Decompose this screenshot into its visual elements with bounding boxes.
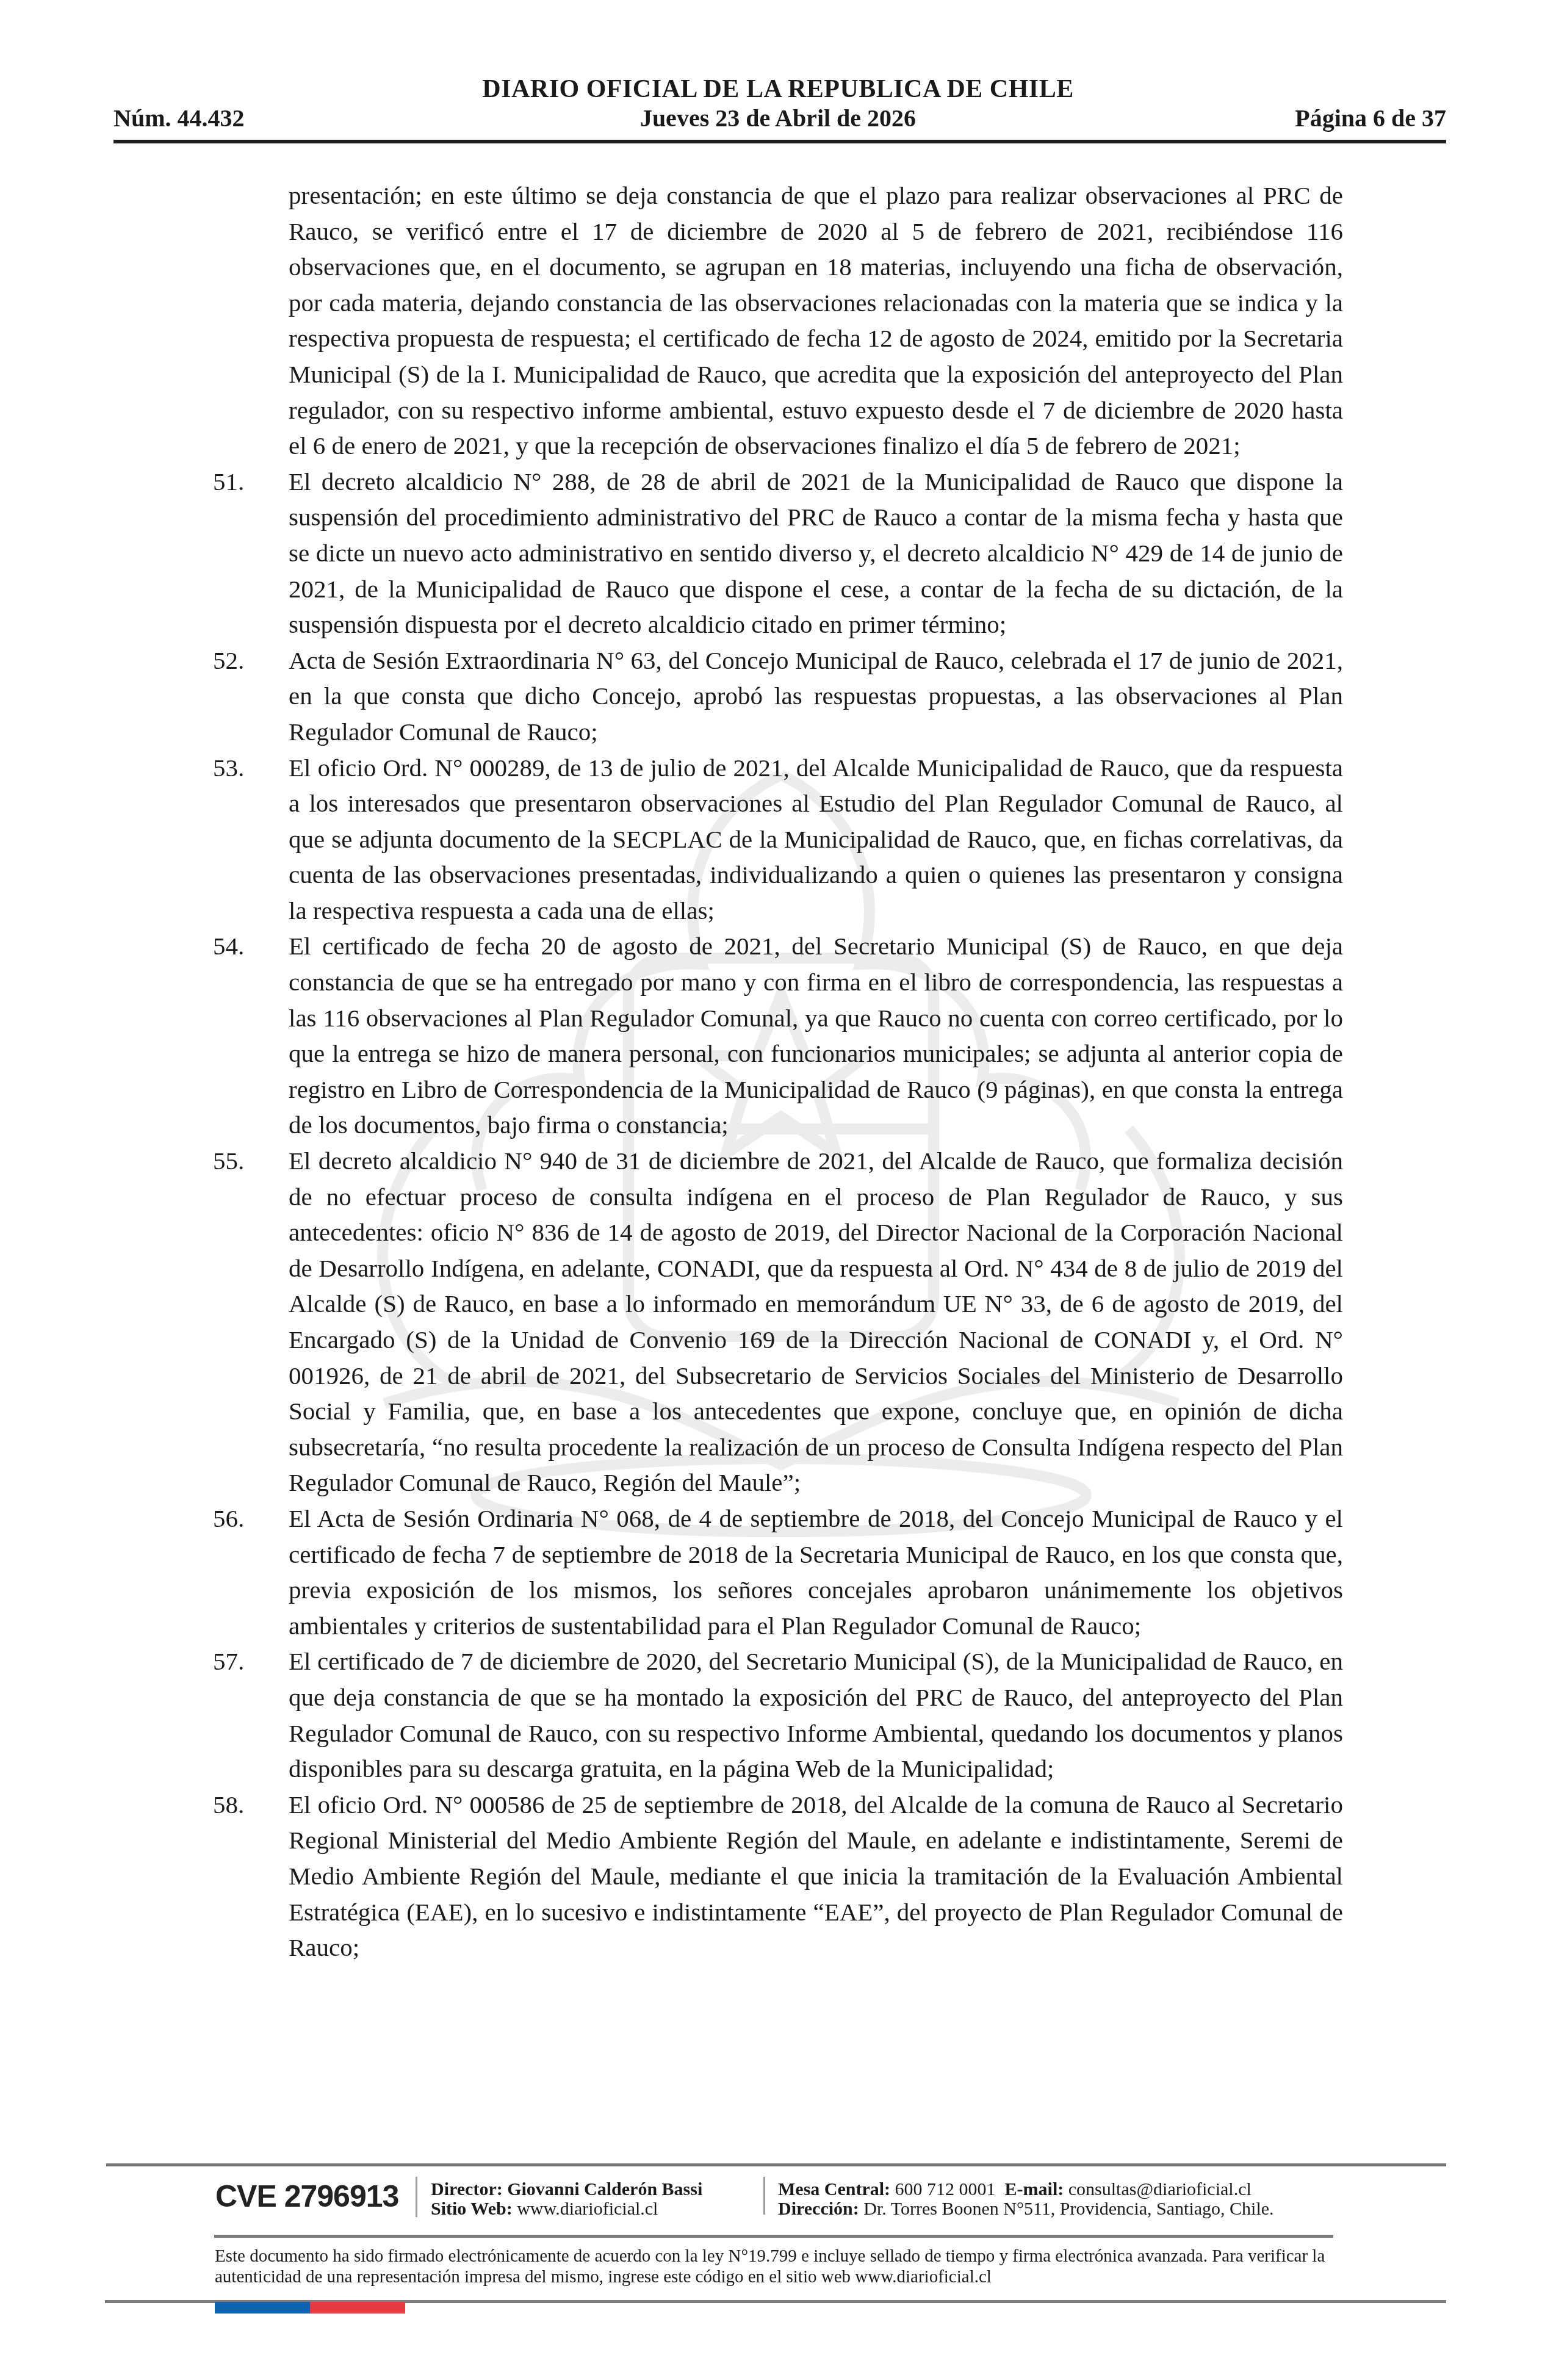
header-divider bbox=[113, 140, 1446, 143]
page-indicator: Página 6 de 37 bbox=[1295, 104, 1446, 132]
address-text: Dr. Torres Boonen N°511, Providencia, Sa… bbox=[863, 2199, 1273, 2219]
footer-top-divider bbox=[106, 2163, 1446, 2166]
director-name: Giovanni Calderón Bassi bbox=[507, 2179, 702, 2199]
list-item-51: 51. El decreto alcaldicio N° 288, de 28 … bbox=[213, 464, 1343, 643]
list-item-54: 54. El certificado de fecha 20 de agosto… bbox=[213, 928, 1343, 1143]
item-text: El certificado de 7 de diciembre de 2020… bbox=[289, 1643, 1343, 1786]
item-number: 53. bbox=[213, 750, 289, 929]
item-number: 54. bbox=[213, 928, 289, 1143]
electronic-signature-notice: Este documento ha sido firmado electróni… bbox=[215, 2246, 1338, 2287]
item-number: 55. bbox=[213, 1143, 289, 1501]
item-text: El certificado de fecha 20 de agosto de … bbox=[289, 928, 1343, 1143]
list-item-56: 56. El Acta de Sesión Ordinaria N° 068, … bbox=[213, 1501, 1343, 1643]
footer-contact-block: Mesa Central: 600 712 0001 E-mail: consu… bbox=[778, 2180, 1274, 2219]
item-number: 52. bbox=[213, 643, 289, 750]
list-item-57: 57. El certificado de 7 de diciembre de … bbox=[213, 1643, 1343, 1786]
item-number: 58. bbox=[213, 1787, 289, 1966]
list-item-58: 58. El oficio Ord. N° 000586 de 25 de se… bbox=[213, 1787, 1343, 1966]
item-number: 57. bbox=[213, 1643, 289, 1786]
item-text: El decreto alcaldicio N° 288, de 28 de a… bbox=[289, 464, 1343, 643]
phone-number: 600 712 0001 bbox=[895, 2179, 996, 2199]
website-label: Sitio Web: bbox=[431, 2199, 513, 2219]
item-text: El oficio Ord. N° 000289, de 13 de julio… bbox=[289, 750, 1343, 929]
document-body: presentación; en este último se deja con… bbox=[213, 178, 1343, 1966]
item-text: Acta de Sesión Extraordinaria N° 63, del… bbox=[289, 643, 1343, 750]
item-text: El decreto alcaldicio N° 940 de 31 de di… bbox=[289, 1143, 1343, 1501]
item-number: 56. bbox=[213, 1501, 289, 1643]
email-link[interactable]: consultas@diarioficial.cl bbox=[1068, 2179, 1252, 2199]
cve-code: CVE 2796913 bbox=[215, 2179, 398, 2214]
director-label: Director: bbox=[431, 2179, 503, 2199]
footer-middle-divider bbox=[214, 2235, 1333, 2238]
publication-title: DIARIO OFICIAL DE LA REPUBLICA DE CHILE bbox=[0, 74, 1556, 104]
continuation-paragraph: presentación; en este último se deja con… bbox=[213, 178, 1343, 464]
list-item-55: 55. El decreto alcaldicio N° 940 de 31 d… bbox=[213, 1143, 1343, 1501]
website-link[interactable]: www.diarioficial.cl bbox=[517, 2199, 658, 2219]
footer-director-block: Director: Giovanni Calderón Bassi Sitio … bbox=[431, 2180, 702, 2219]
list-item-52: 52. Acta de Sesión Extraordinaria N° 63,… bbox=[213, 643, 1343, 750]
item-number: 51. bbox=[213, 464, 289, 643]
phone-label: Mesa Central: bbox=[778, 2179, 890, 2199]
email-label: E-mail: bbox=[1005, 2179, 1064, 2199]
list-item-53: 53. El oficio Ord. N° 000289, de 13 de j… bbox=[213, 750, 1343, 929]
item-text: El Acta de Sesión Ordinaria N° 068, de 4… bbox=[289, 1501, 1343, 1643]
footer-separator bbox=[416, 2177, 417, 2217]
item-text: El oficio Ord. N° 000586 de 25 de septie… bbox=[289, 1787, 1343, 1966]
footer-separator bbox=[763, 2177, 765, 2215]
address-label: Dirección: bbox=[778, 2199, 859, 2219]
flag-stripe-red bbox=[310, 2302, 405, 2313]
flag-stripe-blue bbox=[215, 2302, 310, 2313]
